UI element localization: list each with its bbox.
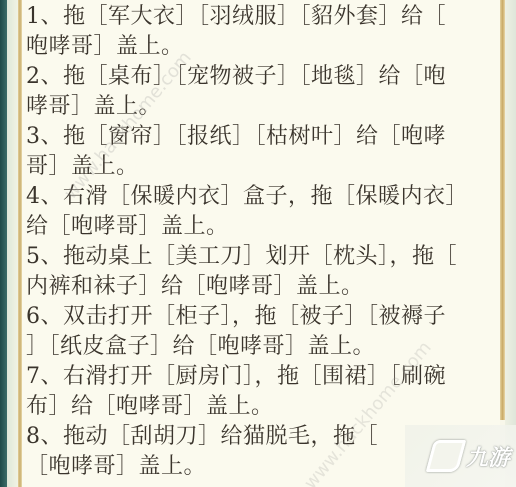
step-7-line-1: 7、右滑打开［厨房门］，拖［围裙］［刷碗	[26, 362, 496, 392]
left-edge-dark	[0, 0, 7, 487]
step-4-line-1: 4、右滑［保暖内衣］盒子，拖［保暖内衣］	[26, 182, 496, 212]
step-5-line-1: 5、拖动桌上［美工刀］划开［枕头］，拖［	[26, 242, 496, 272]
step-2-line-1: 2、拖［桌布］［宠物被子］［地毯］给［咆	[26, 62, 496, 92]
logo-text: 九游	[466, 441, 510, 472]
step-4-line-2: 给［咆哮哥］盖上。	[26, 212, 496, 242]
step-3-line-2: 哥］盖上。	[26, 152, 496, 182]
step-6-line-1: 6、双击打开［柜子］，拖［被子］［被褥子	[26, 302, 496, 332]
step-1-line-1: 1、拖［军大衣］［羽绒服］［貂外套］给［	[26, 2, 496, 32]
guide-text: 1、拖［军大衣］［羽绒服］［貂外套］给［ 咆哮哥］盖上。 2、拖［桌布］［宠物被…	[26, 2, 496, 482]
step-5-line-2: 内裤和袜子］给［咆哮哥］盖上。	[26, 272, 496, 302]
right-edge	[505, 0, 516, 487]
step-7-line-2: 布］给［咆哮哥］盖上。	[26, 392, 496, 422]
step-2-line-2: 哮哥］盖上。	[26, 92, 496, 122]
jiuyou-logo: 九游	[430, 440, 510, 472]
step-3-line-1: 3、拖［窗帘］［报纸］［枯树叶］给［咆哮	[26, 122, 496, 152]
step-6-line-2: ］［纸皮盒子］给［咆哮哥］盖上。	[26, 332, 496, 362]
step-1-line-2: 咆哮哥］盖上。	[26, 32, 496, 62]
jiuyou-logo-icon	[426, 440, 467, 472]
left-edge-light	[7, 0, 18, 487]
